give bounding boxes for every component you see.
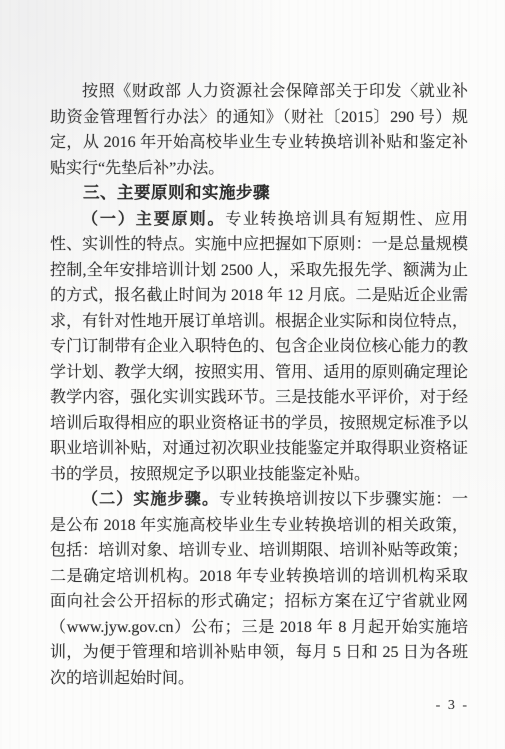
page-number: - 3 -: [436, 698, 469, 714]
paragraph-funding-basis: 按照《财政部 人力资源社会保障部关于印发〈就业补助资金管理暂行办法〉的通知》（财…: [50, 79, 468, 181]
document-body: 按照《财政部 人力资源社会保障部关于印发〈就业补助资金管理暂行办法〉的通知》（财…: [50, 79, 468, 691]
scanned-document-page: 按照《财政部 人力资源社会保障部关于印发〈就业补助资金管理暂行办法〉的通知》（财…: [0, 0, 505, 749]
paragraph-implementation-steps-body: 专业转换培训按以下步骤实施：一是公布 2018 年实施高校毕业生专业转换培训的相…: [50, 491, 468, 687]
paragraph-implementation-steps: （二）实施步骤。专业转换培训按以下步骤实施：一是公布 2018 年实施高校毕业生…: [50, 487, 468, 691]
paragraph-main-principles-lead: （一）主要原则。: [82, 211, 225, 228]
paragraph-main-principles: （一）主要原则。专业转换培训具有短期性、应用性、实训性的特点。实施中应把握如下原…: [50, 207, 468, 488]
paragraph-implementation-steps-lead: （二）实施步骤。: [82, 491, 219, 508]
section-heading-principles-and-steps: 三、主要原则和实施步骤: [50, 181, 468, 207]
paragraph-main-principles-body: 专业转换培训具有短期性、应用性、实训性的特点。实施中应把握如下原则：一是总量规模…: [50, 211, 468, 483]
